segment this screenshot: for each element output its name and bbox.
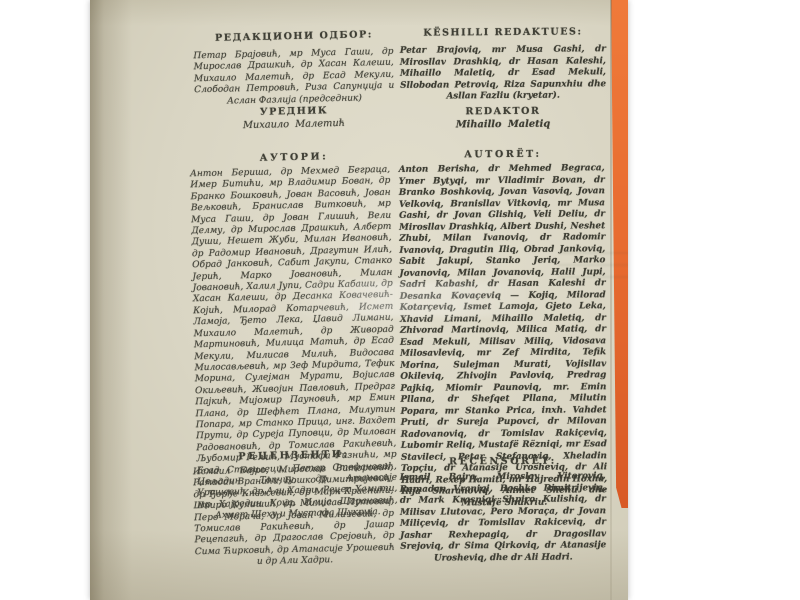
editorial-board-members-sr: Петар Брајовић, мр Муса Гаши, др Миросла…: [193, 47, 394, 109]
reviewers-heading-sq: RECENSORËT:: [400, 455, 606, 468]
authors-heading-sr: АУТОРИ:: [194, 150, 394, 166]
page-edge-shadow: [610, 0, 612, 600]
show-through-text-ghost: [390, 428, 510, 440]
editorial-board-members-sq: Petar Brajoviq, mr Musa Gashi, dr Mirosl…: [400, 44, 606, 103]
show-through-text-ghost: [558, 252, 628, 286]
listing-canvas: РЕДАКЦИОНИ ОДБОР: Петар Брајовић, мр Мус…: [0, 0, 800, 600]
editor-heading-sq: REDAKTOR: [400, 105, 606, 118]
editor-name-sq: Mihaillo Maletiq: [400, 118, 606, 131]
book-page-photo: РЕДАКЦИОНИ ОДБОР: Петар Брајовић, мр Мус…: [90, 0, 628, 600]
editorial-board-heading-sq: KËSHILLI REDAKTUES:: [400, 26, 606, 39]
reviewers-list-sr: Исмаил Бајро, Мирослав Виторовић, Рамада…: [193, 463, 395, 570]
authors-heading-sq: AUTORËT:: [400, 148, 606, 161]
reviewers-list-sq: Ismail Bajra, Miroslav Vitoroviq, Ramada…: [400, 471, 607, 565]
editor-name-sr: Михаило Малетић: [194, 117, 394, 133]
editorial-board-heading-sr: РЕДАКЦИОНИ ОДБОР:: [194, 29, 394, 45]
